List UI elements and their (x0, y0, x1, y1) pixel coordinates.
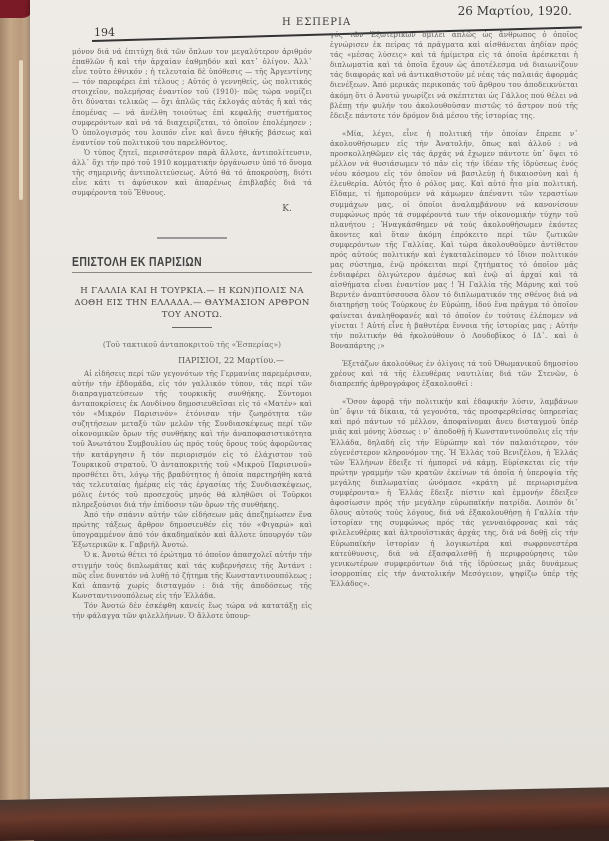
article-paragraph: μόνον διά νά έπιτύχη διά τῶν ὅπλων τον μ… (72, 47, 312, 148)
right-column: γός τῶν Ἐξωτερικῶν ὁμιλεῖ ἁπλῶς ὡς ἄνθρω… (330, 30, 578, 589)
spine-crease (19, 60, 23, 200)
spine-red-binding (0, 0, 34, 18)
article-paragraph: Αἱ εἰδήσεις περί τῶν γεγονότων τῆς Γερμα… (72, 369, 312, 510)
byline: (Τοῦ τακτικοῦ ἀνταποκριτοῦ τῆς «Ἑσπερίας… (72, 340, 312, 350)
section-heading: ΕΠΙΣΤΟΛΗ ΕΚ ΠΑΡΙΣΙΩΝ (72, 257, 312, 273)
article-paragraph: «Μία, λέγει, εἶνε ἡ πολιτική τήν ὁποίαν … (330, 129, 578, 351)
article-paragraph: Ἐξετάζων ἀκολούθως ἐν ὀλίγοις τά τοῦ Ὀθω… (330, 359, 578, 389)
page-number: 194 (94, 26, 115, 39)
article-headline: Η ΓΑΛΛΙΑ ΚΑΙ Η ΤΟΥΡΚΙΑ.— Η ΚΩΝ)ΠΟΛΙΣ ΝΑ … (72, 285, 312, 321)
book-spine (0, 0, 34, 841)
article-paragraph: Ὁ τύπος ζητεῖ, περισσότερον παρὰ ἄλλοτε,… (72, 148, 312, 198)
dateline: ΠΑΡΙΣΙΟΙ, 22 Μαρτίου.— (72, 356, 312, 366)
headline-rule (172, 327, 212, 328)
issue-date: 26 Μαρτίου, 1920. (458, 4, 572, 18)
article-paragraph: Τόν Ἀνοτώ δέν ἐσκέφθη κανείς ἕως τώρα νά… (72, 601, 312, 621)
author-signature: Κ. (72, 204, 312, 214)
left-column: μόνον διά νά έπιτύχη διά τῶν ὅπλων τον μ… (72, 47, 312, 621)
article-paragraph: «Ὅσον ἀφορᾷ τήν πολιτικήν καὶ ἐδαφικήν λ… (330, 397, 578, 589)
newspaper-title: Η ΕΣΠΕΡΙΑ (282, 17, 351, 28)
article-separator (157, 237, 227, 239)
article-paragraph: γός τῶν Ἐξωτερικῶν ὁμιλεῖ ἁπλῶς ὡς ἄνθρω… (330, 30, 578, 121)
article-paragraph: Ἀπό τήν σπάνιν αὐτήν τῶν εἰδήσεων μᾶς ἀπ… (72, 510, 312, 550)
article-paragraph: Ὁ κ. Ἀνοτώ θέτει τό ἐρώτημα τό ὁποῖον ἀπ… (72, 550, 312, 600)
